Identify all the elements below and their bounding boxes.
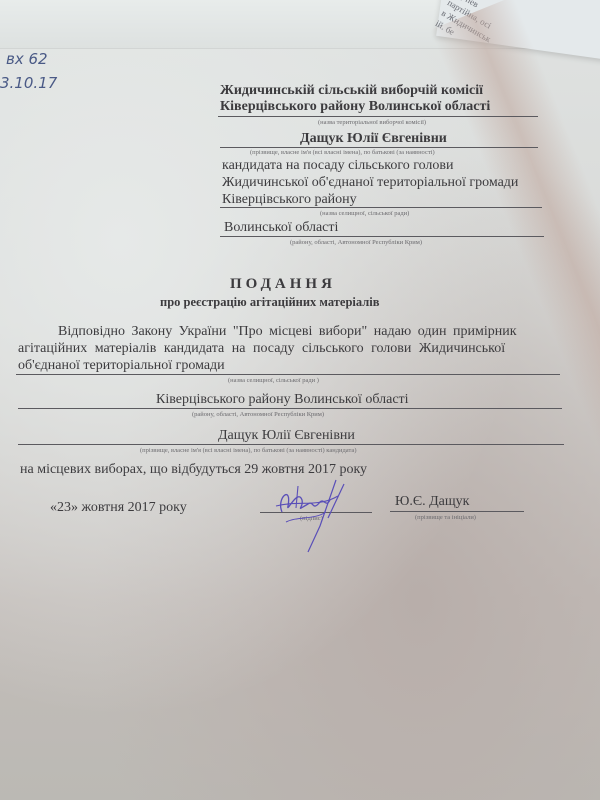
handwritten-reg-date: 3.10.17 bbox=[0, 74, 57, 92]
body-district: Ківерцівського району Волинської області bbox=[156, 392, 409, 408]
body-line-3: об'єднаної територіальної громади bbox=[18, 358, 225, 374]
document-subtitle: про реєстрацію агітаційних матеріалів bbox=[160, 295, 380, 310]
region-caption: (району, області, Автономної Республіки … bbox=[290, 239, 422, 246]
candidate-name-underline bbox=[220, 147, 538, 148]
body-candidate-caption: (прізвище, власне ім'я (всі власні імена… bbox=[140, 447, 356, 454]
body-district-caption: (району, області, Автономної Республіки … bbox=[192, 411, 324, 418]
signer-caption: (прізвище та ініціали) bbox=[415, 514, 476, 521]
candidate-name-caption: (прізвище, власне ім'я (всі власні імена… bbox=[250, 149, 435, 156]
candidate-name: Дащук Юлії Євгенівни bbox=[300, 131, 447, 147]
signer-name: Ю.Є. Дащук bbox=[395, 494, 469, 510]
handwritten-signature bbox=[268, 478, 378, 558]
position-line-3: Ківерцівського району bbox=[222, 192, 357, 208]
body-council-caption: (назва селищної, сільської ради ) bbox=[228, 377, 319, 384]
submission-date: «23» жовтня 2017 року bbox=[50, 500, 187, 516]
body-line-1: Відповідно Закону України "Про місцеві в… bbox=[58, 324, 517, 340]
document-title: ПОДАННЯ bbox=[230, 276, 336, 293]
council-caption: (назва селищної, сільської ради) bbox=[320, 210, 409, 217]
region: Волинської області bbox=[224, 220, 338, 236]
addressee-underline bbox=[218, 116, 538, 117]
addressee-line-1: Жидичинській сільській виборчій комісії bbox=[220, 83, 483, 99]
body-district-underline bbox=[18, 408, 562, 409]
position-line-2: Жидичинської об'єднаної територіальної г… bbox=[222, 175, 518, 191]
body-council-underline bbox=[16, 374, 560, 375]
region-underline bbox=[220, 236, 544, 237]
body-line-2: агітаційних матеріалів кандидата на поса… bbox=[18, 341, 505, 357]
signer-underline bbox=[390, 511, 524, 512]
body-candidate: Дащук Юлії Євгенівни bbox=[218, 428, 355, 444]
election-line: на місцевих виборах, що відбудуться 29 ж… bbox=[20, 462, 367, 478]
addressee-caption: (назва територіальної виборчої комісії) bbox=[318, 119, 426, 126]
position-line-1: кандидата на посаду сільського голови bbox=[222, 158, 454, 174]
handwritten-reg-number: вх 62 bbox=[6, 50, 48, 68]
addressee-line-2: Ківерцівського району Волинської області bbox=[220, 99, 490, 115]
body-candidate-underline bbox=[18, 444, 564, 445]
position-underline bbox=[220, 207, 542, 208]
